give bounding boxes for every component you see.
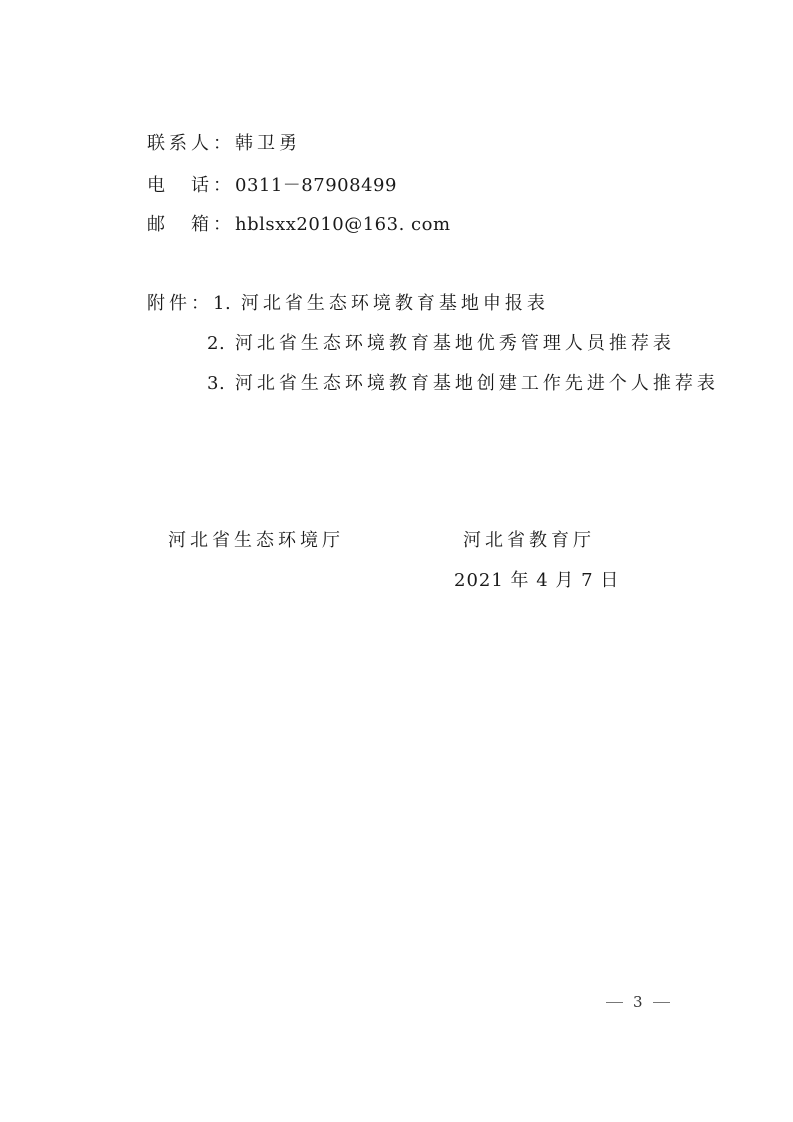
dash-right: [653, 1002, 670, 1003]
contact-person-label: 联系人：: [147, 133, 235, 154]
contact-email-label: 邮 箱：: [147, 214, 235, 235]
signature-date: 2021 年 4 月 7 日: [454, 570, 619, 592]
signature-org-education: 河北省教育厅: [463, 530, 595, 552]
attachment-number: 2.: [207, 333, 225, 354]
contact-phone-label: 电 话：: [147, 175, 235, 196]
contact-person: 联系人：韩卫勇: [147, 133, 301, 155]
attachment-title: 河北省生态环境教育基地创建工作先进个人推荐表: [235, 373, 719, 394]
attachment-number: 3.: [207, 373, 225, 394]
contact-phone-value: 0311－87908499: [235, 175, 397, 196]
attachment-title: 河北省生态环境教育基地优秀管理人员推荐表: [235, 333, 675, 354]
dash-left: [606, 1002, 623, 1003]
attachment-title: 河北省生态环境教育基地申报表: [241, 293, 549, 314]
contact-email: 邮 箱：hblsxx2010@163. com: [147, 214, 451, 236]
page-number: 3: [606, 993, 670, 1011]
attachment-number: 1.: [213, 293, 231, 314]
attachment-item-3: 3. 河北省生态环境教育基地创建工作先进个人推荐表: [207, 373, 719, 395]
attachments-label: 附件：: [147, 293, 213, 314]
attachment-item-2: 2. 河北省生态环境教育基地优秀管理人员推荐表: [207, 333, 675, 355]
attachment-item-1: 附件：1. 河北省生态环境教育基地申报表: [147, 293, 549, 315]
contact-person-value: 韩卫勇: [235, 133, 301, 154]
signature-org-ecology: 河北省生态环境厅: [168, 530, 344, 552]
contact-phone: 电 话：0311－87908499: [147, 175, 397, 197]
contact-email-value: hblsxx2010@163. com: [235, 214, 451, 235]
page-number-value: 3: [633, 993, 643, 1011]
